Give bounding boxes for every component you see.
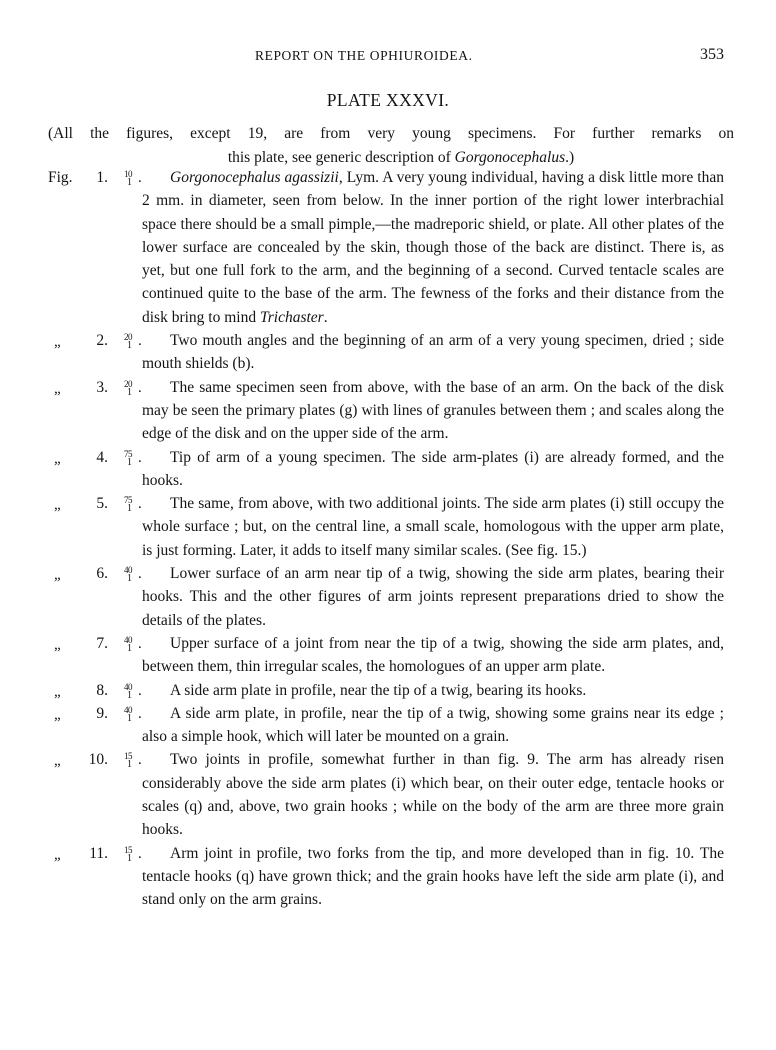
magnification: 101. (124, 166, 164, 190)
magnification: 201. (124, 329, 164, 353)
figure-entry: Fig. 1. 101. Gorgonocephalus agassizii, … (0, 166, 776, 329)
fig-text-end: . (324, 309, 328, 326)
figure-entry: „ 8. 401. A side arm plate in profile, n… (0, 679, 776, 702)
fig-description: Two joints in profile, somewhat further … (142, 748, 724, 841)
fig-number: 8. (78, 679, 108, 702)
intro-text: this plate, see generic description of (228, 149, 455, 166)
magnification: 151. (124, 842, 164, 866)
fig-description: Tip of arm of a young specimen. The side… (142, 446, 724, 493)
ditto-mark: „ (54, 564, 61, 587)
fig-number: 1. (78, 166, 108, 189)
species-name: Gorgonocephalus agassizii (170, 169, 339, 186)
ditto-mark: „ (54, 448, 61, 471)
fig-number: 2. (78, 329, 108, 352)
ditto-mark: „ (54, 634, 61, 657)
fig-description: A side arm plate, in profile, near the t… (142, 702, 724, 749)
figure-entry: „ 9. 401. A side arm plate, in profile, … (0, 702, 776, 749)
fig-description: A side arm plate in profile, near the ti… (142, 679, 724, 702)
fig-number: 10. (78, 748, 108, 771)
fig-number: 5. (78, 492, 108, 515)
ditto-mark: „ (54, 378, 61, 401)
ditto-mark: „ (54, 750, 61, 773)
magnification: 151. (124, 748, 164, 772)
figure-entry: „ 5. 751. The same, from above, with two… (0, 492, 776, 562)
ditto-mark: „ (54, 844, 61, 867)
magnification: 201. (124, 376, 164, 400)
running-header: REPORT ON THE OPHIUROIDEA. 353 (0, 48, 776, 70)
running-title: REPORT ON THE OPHIUROIDEA. (255, 48, 473, 64)
fig-number: 11. (78, 842, 108, 865)
document-page: REPORT ON THE OPHIUROIDEA. 353 PLATE XXX… (0, 0, 776, 1050)
fig-description: Gorgonocephalus agassizii, Lym. A very y… (142, 166, 724, 329)
magnification: 751. (124, 492, 164, 516)
fig-number: 9. (78, 702, 108, 725)
intro-line-1: (All the figures, except 19, are from ve… (48, 122, 734, 146)
figure-entry: „ 4. 751. Tip of arm of a young specimen… (0, 446, 776, 493)
figure-entry: „ 6. 401. Lower surface of an arm near t… (0, 562, 776, 632)
genus-name: Gorgonocephalus (455, 149, 566, 166)
fig-description: Lower surface of an arm near tip of a tw… (142, 562, 724, 632)
fig-number: 4. (78, 446, 108, 469)
ditto-mark: „ (54, 704, 61, 727)
genus-name: Trichaster (260, 309, 324, 326)
plate-intro-note: (All the figures, except 19, are from ve… (48, 122, 734, 170)
fig-description: The same specimen seen from above, with … (142, 376, 724, 446)
figure-entry: „ 2. 201. Two mouth angles and the begin… (0, 329, 776, 376)
fig-description: Arm joint in profile, two forks from the… (142, 842, 724, 912)
figure-list: Fig. 1. 101. Gorgonocephalus agassizii, … (0, 166, 776, 912)
plate-title: PLATE XXXVI. (0, 90, 776, 111)
ditto-mark: „ (54, 681, 61, 704)
fig-number: 3. (78, 376, 108, 399)
magnification: 401. (124, 632, 164, 656)
figure-entry: „ 3. 201. The same specimen seen from ab… (0, 376, 776, 446)
figure-entry: „ 11. 151. Arm joint in profile, two for… (0, 842, 776, 912)
fig-text: , Lym. A very young individual, having a… (142, 169, 724, 326)
magnification: 401. (124, 562, 164, 586)
fig-description: The same, from above, with two additiona… (142, 492, 724, 562)
fig-description: Two mouth angles and the beginning of an… (142, 329, 724, 376)
figure-entry: „ 7. 401. Upper surface of a joint from … (0, 632, 776, 679)
magnification: 751. (124, 446, 164, 470)
figure-entry: „ 10. 151. Two joints in profile, somewh… (0, 748, 776, 841)
fig-number: 7. (78, 632, 108, 655)
page-number: 353 (700, 46, 724, 64)
fig-description: Upper surface of a joint from near the t… (142, 632, 724, 679)
magnification: 401. (124, 702, 164, 726)
ditto-mark: „ (54, 331, 61, 354)
ditto-mark: „ (54, 494, 61, 517)
fig-number: 6. (78, 562, 108, 585)
intro-text-end: .) (565, 149, 574, 166)
